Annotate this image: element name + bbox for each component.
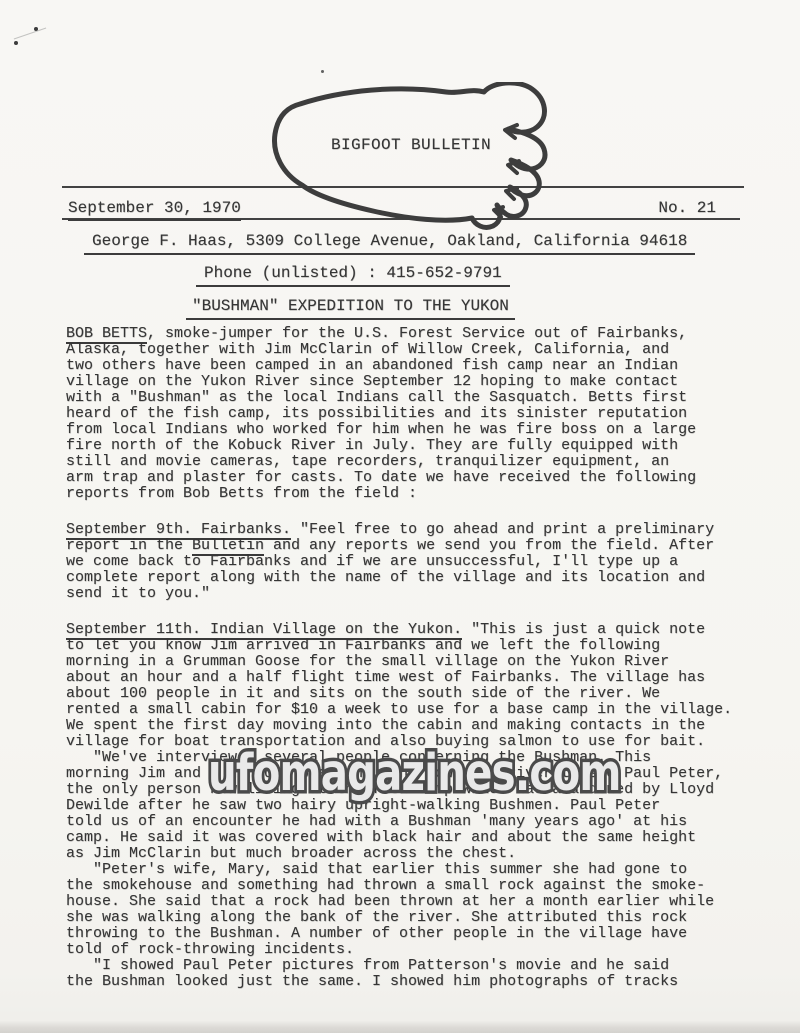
phone-line: Phone (unlisted) : 415-652-9791 [196,264,510,287]
body-paragraph: September 9th. Fairbanks. "Feel free to … [66,522,776,602]
scan-speck [321,70,324,73]
body-line: "Peter's wife, Mary, said that earlier t… [66,862,776,878]
body-line: camp. He said it was covered with black … [66,830,776,846]
body-line: "I showed Paul Peter pictures from Patte… [66,958,776,974]
body-line: BOB BETTS, smoke-jumper for the U.S. For… [66,326,776,342]
scanned-newsletter-page: BIGFOOT BULLETIN September 30, 1970 No. … [0,0,800,1033]
publisher-address: George F. Haas, 5309 College Avenue, Oak… [84,232,695,255]
body-line: about 100 people in it and sits on the s… [66,686,776,702]
body-line: Alaska, together with Jim McClarin of Wi… [66,342,776,358]
body-line: as Jim McClarin but much broader across … [66,846,776,862]
bigfoot-footprint-logo [268,82,558,230]
body-line: send it to you." [66,586,776,602]
publisher-address-text: George F. Haas, 5309 College Avenue, Oak… [84,232,695,255]
scan-speck [14,41,18,45]
body-line: with a "Bushman" as the local Indians ca… [66,390,776,406]
body-line: the Bushman looked just the same. I show… [66,974,776,990]
body-line: about an hour and a half flight time wes… [66,670,776,686]
body-line: We spent the first day moving into the c… [66,718,776,734]
body-line: told us of an encounter he had with a Bu… [66,814,776,830]
body-line: September 11th. Indian Village on the Yu… [66,622,776,638]
body-paragraph: BOB BETTS, smoke-jumper for the U.S. For… [66,326,776,502]
body-line: still and movie cameras, tape recorders,… [66,454,776,470]
body-line: morning in a Grumman Goose for the small… [66,654,776,670]
scan-edge-shadow [0,1021,800,1033]
body-paragraph: September 11th. Indian Village on the Yu… [66,622,776,750]
body-text: BOB BETTS, smoke-jumper for the U.S. For… [66,326,776,990]
issue-number: No. 21 [658,199,716,221]
body-line: village on the Yukon River since Septemb… [66,374,776,390]
body-line: the smokehouse and something had thrown … [66,878,776,894]
article-headline: "BUSHMAN" EXPEDITION TO THE YUKON [186,297,515,320]
body-line: she was walking along the bank of the ri… [66,910,776,926]
body-paragraph: "I showed Paul Peter pictures from Patte… [66,958,776,990]
article-headline-text: "BUSHMAN" EXPEDITION TO THE YUKON [186,297,515,320]
body-line: we come back to Fairbanks and if we are … [66,554,776,570]
body-line: complete report along with the name of t… [66,570,776,586]
scan-scratch [14,27,46,39]
issue-date: September 30, 1970 [68,199,241,221]
phone-line-text: Phone (unlisted) : 415-652-9791 [196,264,510,287]
body-line: two others have been camped in an abando… [66,358,776,374]
body-line: report in the Bulletin and any reports w… [66,538,776,554]
body-line: rented a small cabin for $10 a week to u… [66,702,776,718]
body-line: told of rock-throwing incidents. [66,942,776,958]
body-line: fire north of the Kobuck River in July. … [66,438,776,454]
body-line: to let you know Jim arrived in Fairbanks… [66,638,776,654]
body-line: heard of the fish camp, its possibilitie… [66,406,776,422]
body-line: reports from Bob Betts from the field : [66,486,776,502]
watermark: ufomagazines.com ufomagazines.com [208,744,548,806]
body-line: September 9th. Fairbanks. "Feel free to … [66,522,776,538]
logo-text: BIGFOOT BULLETIN [331,136,491,154]
body-line: from local Indians who worked for him wh… [66,422,776,438]
body-paragraph: "Peter's wife, Mary, said that earlier t… [66,862,776,958]
body-line: throwing to the Bushman. A number of oth… [66,926,776,942]
watermark-text: ufomagazines.com [208,744,621,803]
body-line: arm trap and plaster for casts. To date … [66,470,776,486]
body-line: house. She said that a rock had been thr… [66,894,776,910]
